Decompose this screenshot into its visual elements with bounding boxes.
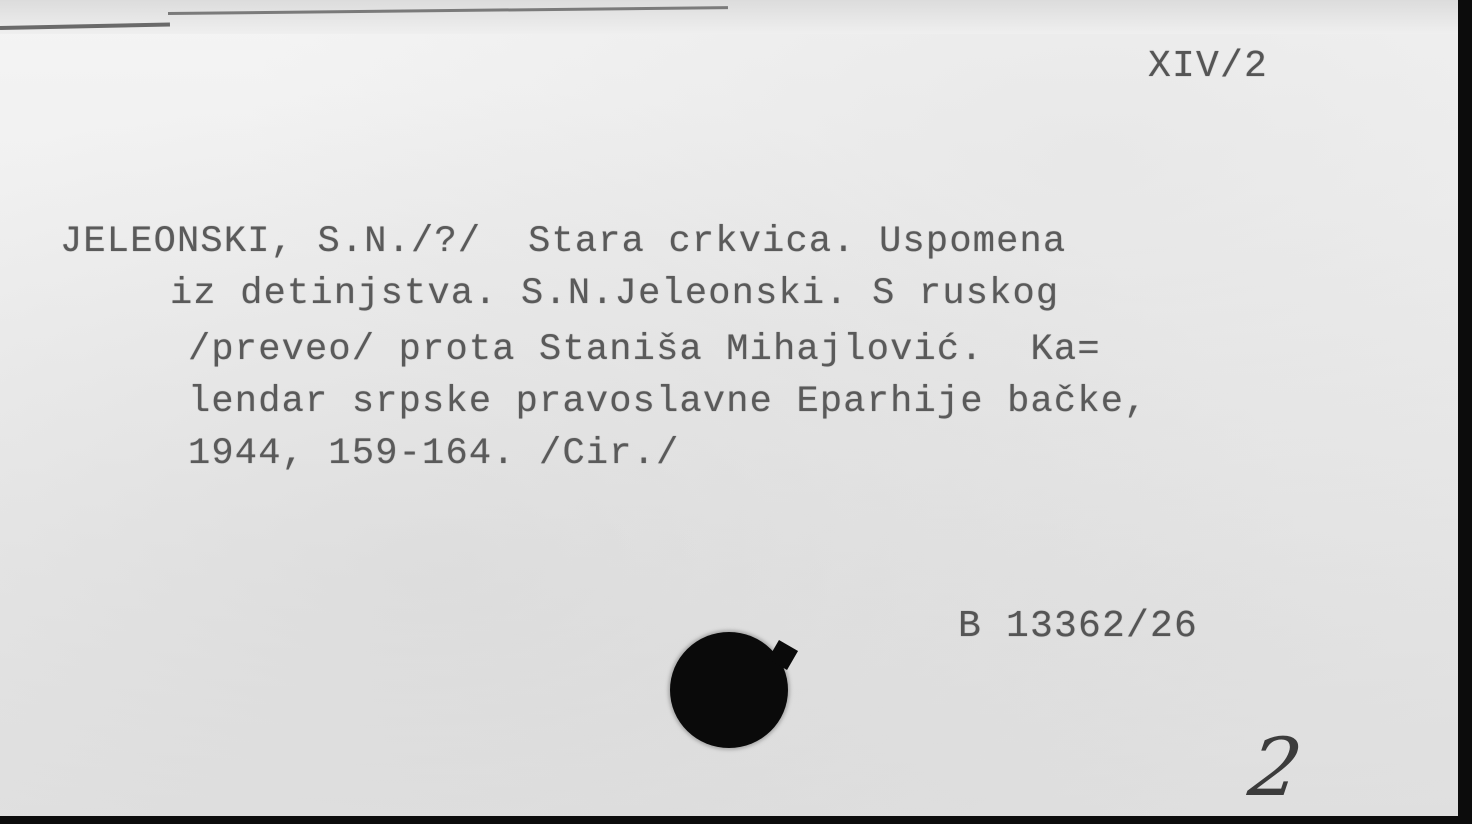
shelf-mark: B 13362/26: [958, 608, 1198, 646]
punch-hole: [670, 632, 788, 748]
entry-line-3: /preveo/ prota Staniša Mihajlović. Ka=: [188, 332, 1101, 369]
entry-line-2: iz detinjstva. S.N.Jeleonski. S ruskog: [170, 276, 1059, 313]
call-number: XIV/2: [1148, 48, 1268, 86]
card-fold-line-upper: [168, 6, 728, 15]
card-fold-line: [0, 22, 170, 30]
scan-border-bottom: [0, 816, 1472, 824]
entry-line-5: 1944, 159-164. /Cir./: [188, 436, 679, 473]
entry-line-4: lendar srpske pravoslavne Eparhije bačke…: [188, 384, 1148, 421]
scan-border-right: [1458, 0, 1472, 824]
catalog-card: XIV/2 JELEONSKI, S.N./?/ Stara crkvica. …: [0, 0, 1458, 816]
entry-line-1: JELEONSKI, S.N./?/ Stara crkvica. Uspome…: [60, 224, 1066, 261]
handwritten-number: 2: [1244, 728, 1306, 808]
